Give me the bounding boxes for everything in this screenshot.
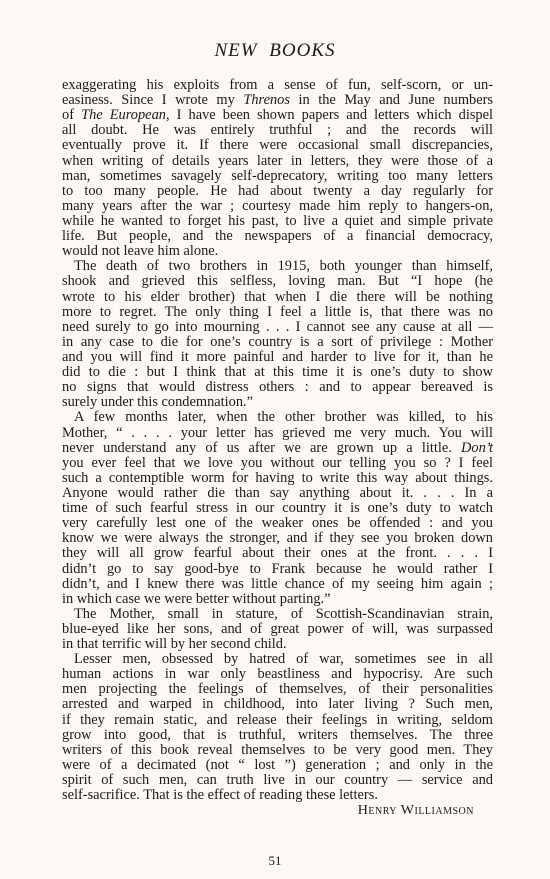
- text-line: The Mother, small in stature, of Scottis…: [62, 607, 493, 622]
- text-line: surely under this condemnation.”: [62, 395, 493, 410]
- text-line: arrested and warped in childhood, into l…: [62, 697, 493, 712]
- text-line: if they remain static, and release their…: [62, 713, 493, 728]
- review-body: exaggerating his exploits from a sense o…: [62, 78, 493, 803]
- text-line: didn’t, and I knew there was little chan…: [62, 577, 493, 592]
- text-line: need surely to go into mourning . . . I …: [62, 320, 493, 335]
- text-line: Lesser men, obsessed by hatred of war, s…: [62, 652, 493, 667]
- text-line: human actions in war only beastliness an…: [62, 667, 493, 682]
- page-number: 51: [0, 853, 550, 869]
- text-line: in which case we were better without par…: [62, 592, 493, 607]
- text-line: know we were always the stronger, and if…: [62, 531, 493, 546]
- text-line: spirit of such men, can truth live in ou…: [62, 773, 493, 788]
- text-line: Anyone would rather die than say anythin…: [62, 486, 493, 501]
- text-line: never understand any of us after we are …: [62, 441, 493, 456]
- text-line: while he wanted to forget his past, to l…: [62, 214, 493, 229]
- text-line: wrote to his elder brother) that when I …: [62, 290, 493, 305]
- text-line: easiness. Since I wrote my Threnos in th…: [62, 93, 493, 108]
- text-line: men projecting the feelings of themselve…: [62, 682, 493, 697]
- text-line: such a contemptible worm for having to w…: [62, 471, 493, 486]
- page-header: NEW BOOKS: [0, 40, 550, 62]
- text-line: did to die : but I think that at this ti…: [62, 365, 493, 380]
- text-line: grow into good, that is truthful, writer…: [62, 728, 493, 743]
- text-line: in any case to die for one’s country is …: [62, 335, 493, 350]
- text-line: very carefully lest one of the weaker on…: [62, 516, 493, 531]
- text-line: and you will find it more painful and ha…: [62, 350, 493, 365]
- text-line: exaggerating his exploits from a sense o…: [62, 78, 493, 93]
- text-line: would not leave him alone.: [62, 244, 493, 259]
- text-line: Mother, “ . . . . your letter has grieve…: [62, 426, 493, 441]
- author-signature: Henry Williamson: [358, 803, 474, 819]
- text-line: man, sometimes savagely self-deprecatory…: [62, 169, 493, 184]
- text-line: were of a decimated (not “ lost ”) gener…: [62, 758, 493, 773]
- text-line: didn’t go to say good-bye to Frank becau…: [62, 562, 493, 577]
- text-line: blue-eyed like her sons, and of great po…: [62, 622, 493, 637]
- text-line: life. But people, and the newspapers of …: [62, 229, 493, 244]
- text-line: eventually prove it. If there were occas…: [62, 138, 493, 153]
- text-line: no signs that would distress others : an…: [62, 380, 493, 395]
- text-line: all doubt. He was entirely truthful ; an…: [62, 123, 493, 138]
- text-line: when writing of details years later in l…: [62, 154, 493, 169]
- text-line: self-sacrifice. That is the effect of re…: [62, 788, 493, 803]
- text-line: to too many people. He had about twenty …: [62, 184, 493, 199]
- text-line: you ever feel that we love you without o…: [62, 456, 493, 471]
- text-line: time of such fearful stress in our count…: [62, 501, 493, 516]
- text-line: they will all grow fearful about their o…: [62, 546, 493, 561]
- text-line: A few months later, when the other broth…: [62, 410, 493, 425]
- text-line: many years after the war ; courtesy made…: [62, 199, 493, 214]
- text-line: The death of two brothers in 1915, both …: [62, 259, 493, 274]
- text-line: in that terrific will by her second chil…: [62, 637, 493, 652]
- text-line: writers of this book reveal themselves t…: [62, 743, 493, 758]
- text-line: of The European, I have been shown paper…: [62, 108, 493, 123]
- text-line: more to regret. The only thing I feel a …: [62, 305, 493, 320]
- text-line: shook and grieved this selfless, loving …: [62, 274, 493, 289]
